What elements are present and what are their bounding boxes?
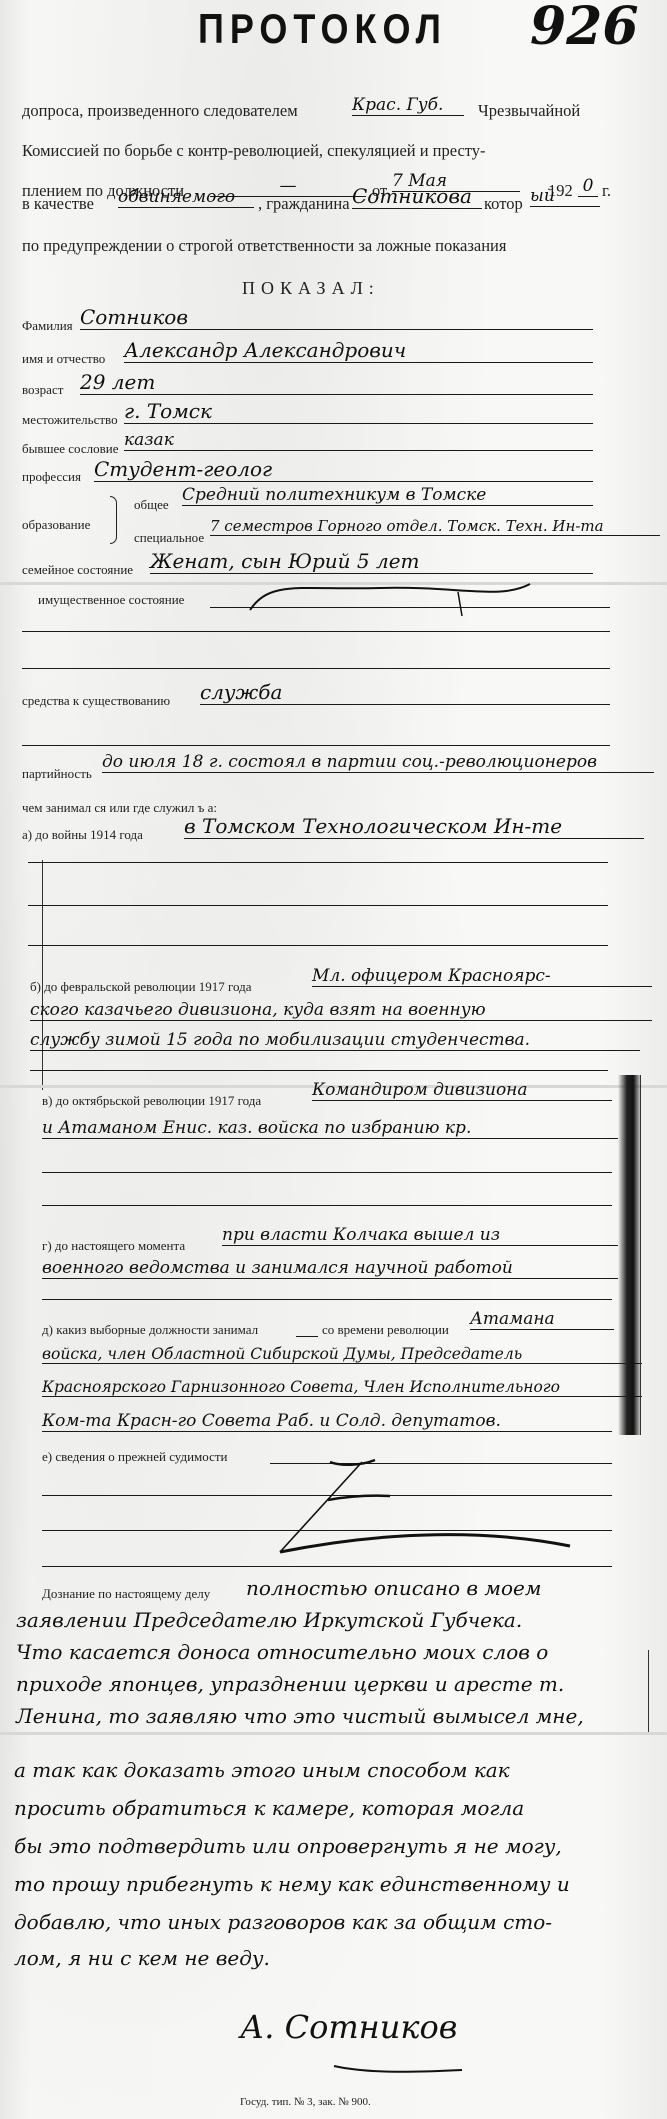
- estate-label: бывшее сословие: [22, 441, 119, 457]
- history-d-line-2: войска, член Областной Сибирской Думы, П…: [42, 1345, 642, 1364]
- record-strikeout: [270, 1440, 590, 1560]
- testimony-line-5: Ленина, то заявляю что это чистый вымысе…: [16, 1704, 584, 1728]
- signature-flourish: [330, 2060, 470, 2076]
- role-label: в качестве: [22, 194, 94, 214]
- intro-line-1-post: Чрезвычайной: [478, 101, 580, 121]
- testimony-line-1: полностью описано в моем: [246, 1576, 541, 1600]
- history-d-label-2: со времени революции: [322, 1322, 449, 1338]
- printer-imprint: Госуд. тип. № 3, зак. № 900.: [240, 2096, 371, 2108]
- citizen-value: Сотникова: [352, 184, 482, 209]
- history-g-line-1: при власти Колчака вышел из: [222, 1225, 618, 1246]
- education-special-value: 7 семестров Горного отдел. Томск. Техн. …: [210, 517, 660, 536]
- property-label: имущественное состояние: [38, 592, 184, 608]
- age-value: 29 лет: [80, 370, 593, 395]
- testimony-line-4: приходе японцев, упразднении церкви и ар…: [16, 1672, 564, 1696]
- intro-line-1-pre: допроса, произведенного следователем: [22, 101, 298, 121]
- name-label: имя и отчество: [22, 351, 105, 367]
- document-title: ПРОТОКОЛ: [198, 5, 447, 53]
- profession-label: профессия: [22, 469, 81, 485]
- history-v-label: в) до октябрьской революции 1917 года: [42, 1093, 261, 1109]
- history-a-label: а) до войны 1914 года: [22, 827, 143, 843]
- citizen-label: , гражданина: [258, 194, 350, 214]
- history-a-value: в Томском Технологическом Ин-те: [184, 814, 644, 839]
- age-label: возраст: [22, 382, 63, 398]
- property-strikeout: [240, 580, 540, 620]
- education-special-label: специальное: [134, 530, 204, 546]
- history-d-label: д) какиз выборные должности занимал: [42, 1322, 258, 1338]
- education-general-value: Средний политехникум в Томске: [182, 485, 593, 506]
- history-v-line-2: и Атаманом Енис. каз. войска по избранию…: [42, 1118, 618, 1139]
- testimony-line-2: заявлении Председателю Иркутской Губчека…: [16, 1608, 522, 1632]
- education-brace: [110, 496, 117, 544]
- family-value: Женат, сын Юрий 5 лет: [150, 549, 593, 574]
- warning-text: по предупреждении о строгой ответственно…: [22, 236, 506, 256]
- showed-heading: ПОКАЗАЛ:: [242, 278, 380, 299]
- education-label: образование: [22, 517, 90, 533]
- party-value: до июля 18 г. состоял в партии соц.-рево…: [102, 752, 654, 773]
- name-value: Александр Александрович: [124, 338, 593, 363]
- estate-value: казак: [124, 430, 593, 451]
- history-d-line-1: Атамана: [470, 1309, 614, 1330]
- history-g-line-2: военного ведомства и занимался научной р…: [42, 1258, 618, 1279]
- which-label: котор: [484, 194, 523, 214]
- testimony-line-11: лом, я ни с кем не веду.: [14, 1946, 270, 1970]
- testimony-line-3: Что касается доноса относительно моих сл…: [16, 1640, 548, 1664]
- history-d-line-3: Красноярского Гарнизонного Совета, Член …: [42, 1378, 642, 1397]
- history-b-line-3: службу зимой 15 года по мобилизации студ…: [30, 1030, 640, 1051]
- profession-value: Студент-геолог: [94, 457, 593, 482]
- case-number: 926: [530, 0, 639, 57]
- residence-label: местожительство: [22, 412, 118, 428]
- education-general-label: общее: [134, 497, 169, 513]
- surname-label: Фамилия: [22, 318, 73, 334]
- party-label: партийность: [22, 766, 92, 782]
- which-value: ый: [530, 186, 600, 207]
- means-value: служба: [200, 680, 610, 705]
- history-b-line-2: ского казачьего дивизиона, куда взят на …: [30, 1000, 652, 1021]
- testimony-line-7: просить обратиться к камере, которая мог…: [14, 1796, 524, 1820]
- testimony-label: Дознание по настоящему делу: [42, 1586, 210, 1602]
- testimony-line-10: добавлю, что иных разговоров как за общи…: [14, 1910, 552, 1934]
- testimony-line-6: а так как доказать этого иным способом к…: [14, 1758, 510, 1782]
- surname-value: Сотников: [80, 305, 593, 330]
- history-b-line-1: Мл. офицером Красноярс-: [312, 966, 652, 987]
- history-d-line-4: Ком-та Красн-го Совета Раб. и Солд. депу…: [42, 1411, 612, 1432]
- year-unit: г.: [602, 181, 611, 201]
- residence-value: г. Томск: [124, 399, 593, 424]
- history-v-line-1: Командиром дивизиона: [312, 1080, 612, 1101]
- history-b-label: б) до февральской революции 1917 года: [30, 979, 252, 995]
- family-label: семейное состояние: [22, 562, 133, 578]
- history-e-label: е) сведения о прежней судимости: [42, 1449, 228, 1465]
- testimony-line-8: бы это подтвердить или опровергнуть я не…: [14, 1834, 562, 1858]
- history-g-label: г) до настоящего момента: [42, 1238, 185, 1254]
- investigator-value: Крас. Губ.: [352, 95, 464, 116]
- scan-shadow: [618, 1075, 640, 1435]
- role-value: обвиняемого: [118, 187, 254, 208]
- protocol-page: ПРОТОКОЛ 926 допроса, произведенного сле…: [0, 0, 667, 2119]
- means-label: средства к существованию: [22, 693, 170, 709]
- intro-line-2: Комиссией по борьбе с контр-революцией, …: [22, 141, 486, 161]
- signature: А. Сотников: [240, 2008, 457, 2046]
- testimony-line-9: то прошу прибегнуть к нему как единствен…: [14, 1872, 570, 1896]
